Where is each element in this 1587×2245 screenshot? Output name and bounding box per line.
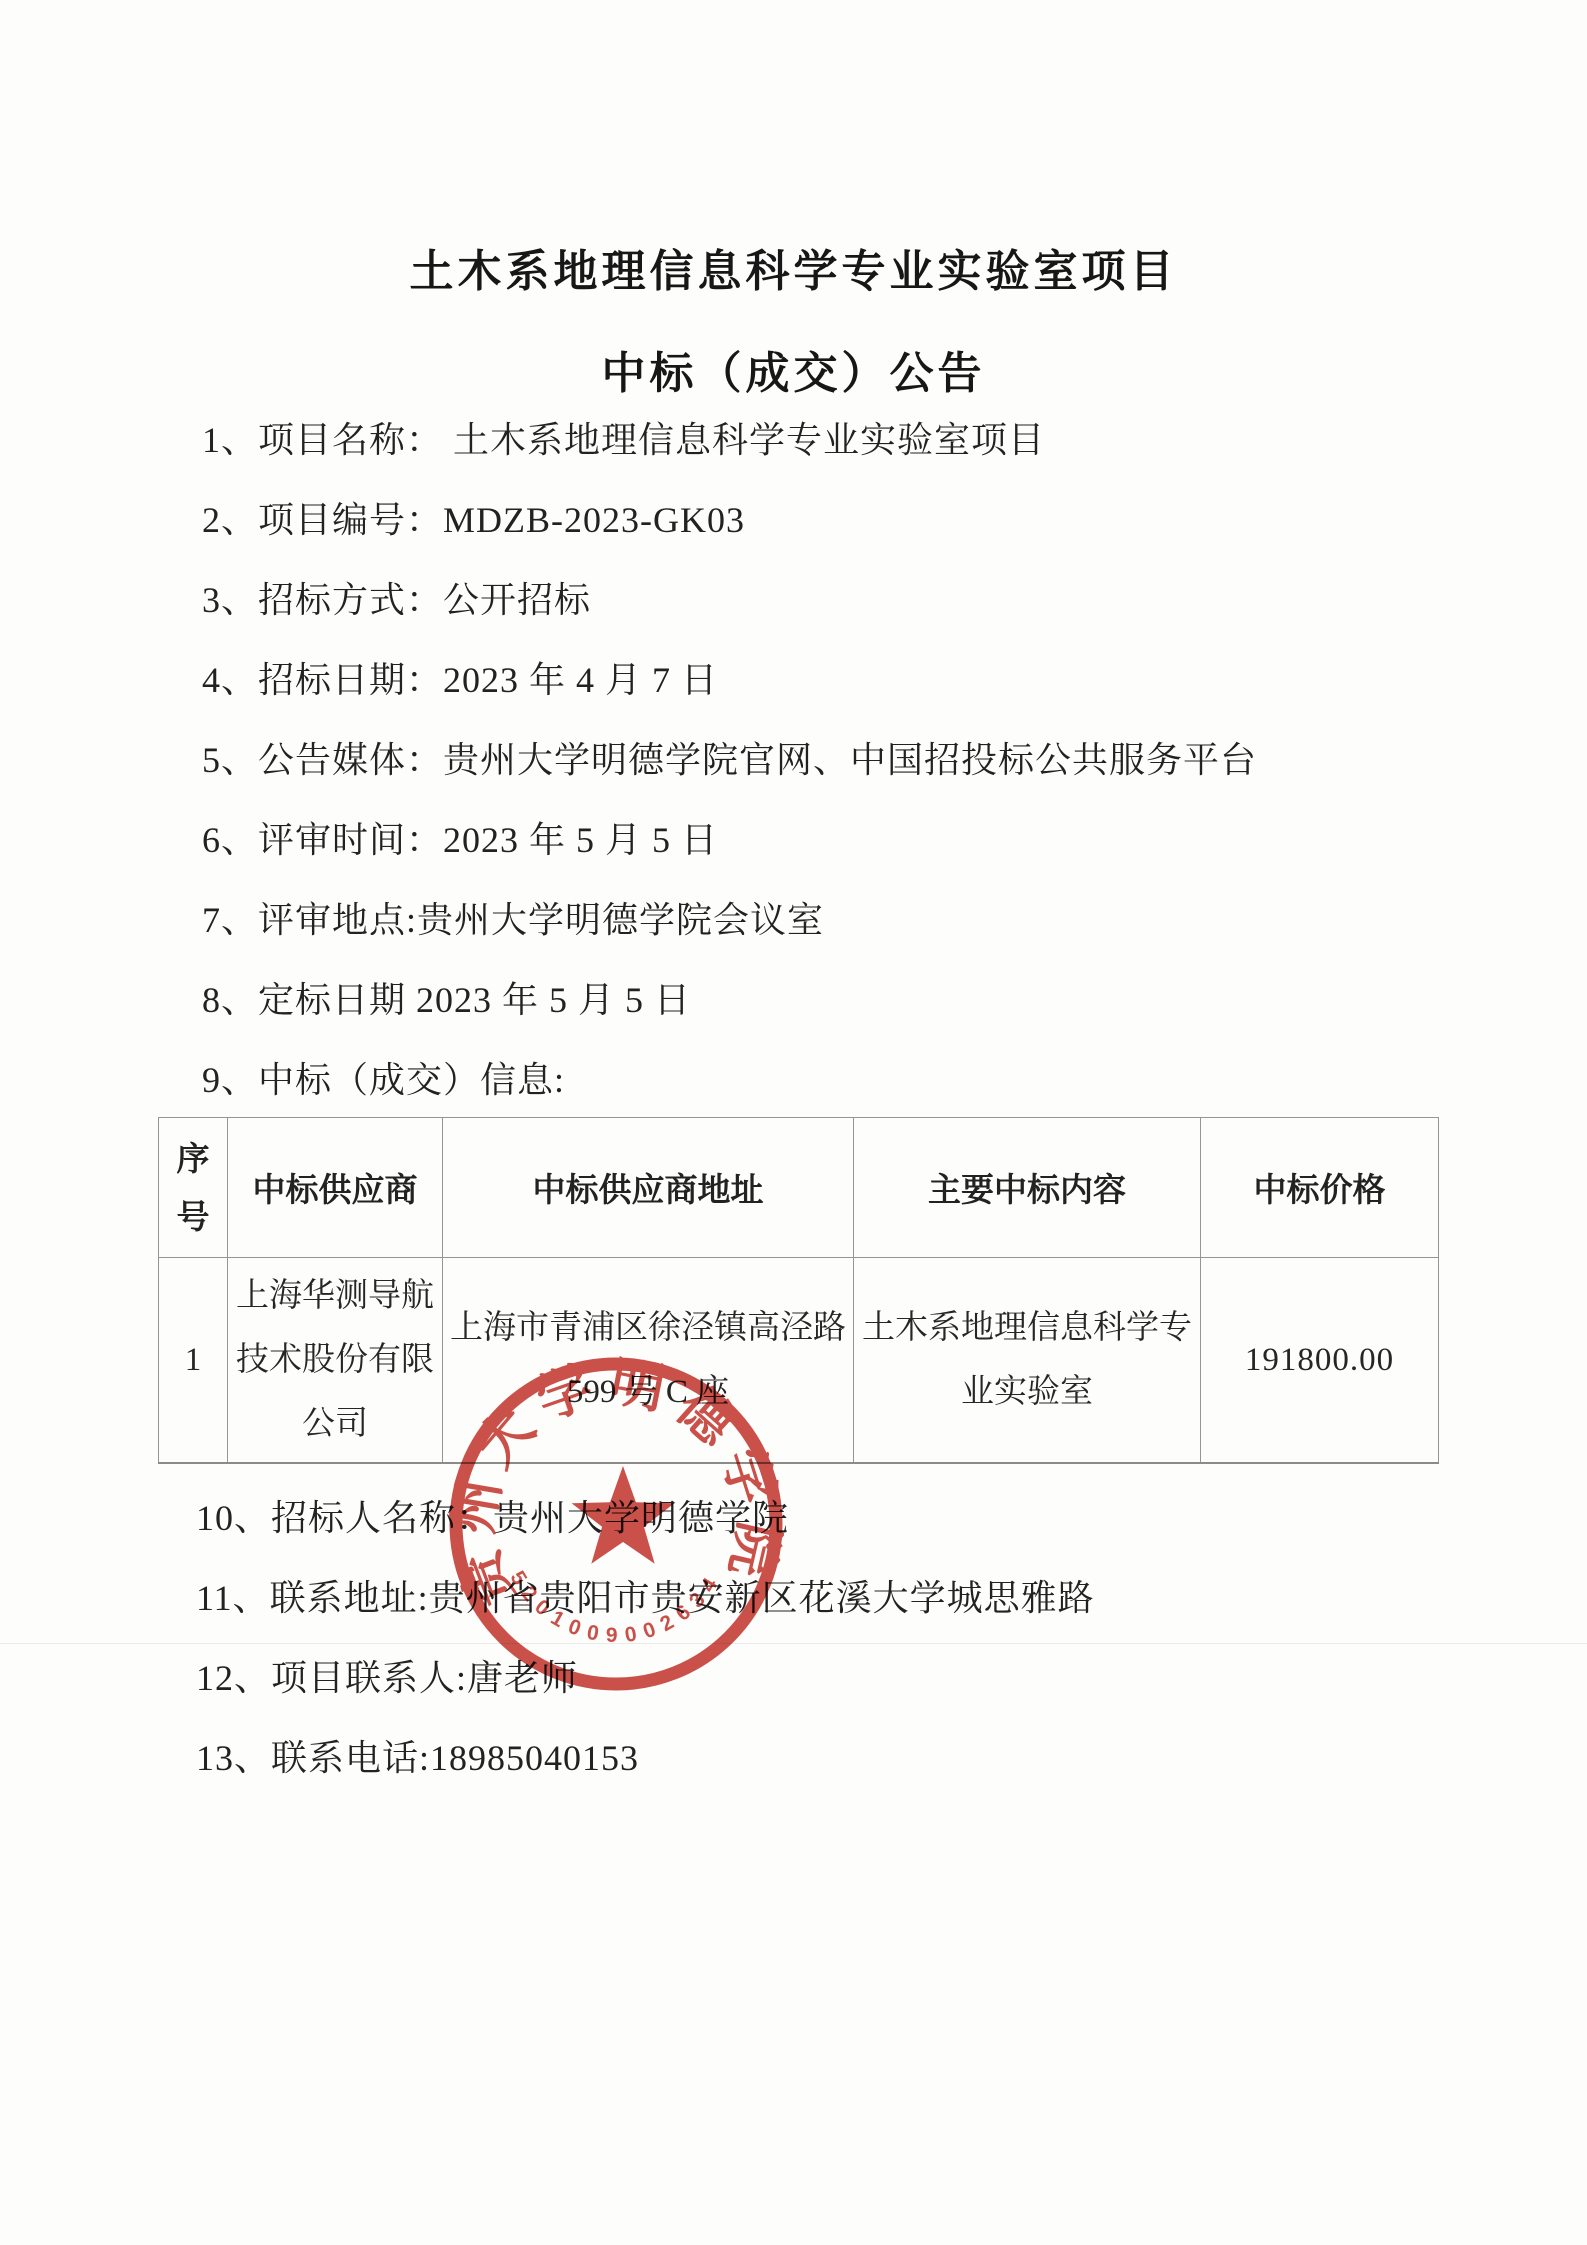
document-page: 土木系地理信息科学专业实验室项目 中标（成交）公告 1、项目名称： 土木系地理信… bbox=[0, 0, 1587, 2245]
cell-price: 191800.00 bbox=[1201, 1258, 1439, 1463]
official-seal: 贵州大学明德学院 5201009002634 bbox=[448, 1356, 784, 1692]
doc-item-5: 5、公告媒体：贵州大学明德学院官网、中国招投标公共服务平台 bbox=[202, 732, 1257, 783]
doc-item-2: 2、项目编号：MDZB-2023-GK03 bbox=[202, 492, 745, 543]
cell-seq: 1 bbox=[159, 1258, 228, 1463]
cell-content: 土木系地理信息科学专业实验室 bbox=[854, 1258, 1201, 1463]
doc-item-6: 6、评审时间：2023 年 5 月 5 日 bbox=[202, 812, 718, 863]
doc-title-line1: 土木系地理信息科学专业实验室项目 bbox=[0, 235, 1587, 299]
seal-serial-number: 5201009002634 bbox=[505, 1567, 726, 1647]
doc-item-7: 7、评审地点:贵州大学明德学院会议室 bbox=[202, 892, 824, 943]
table-header-supplier: 中标供应商 bbox=[228, 1118, 443, 1258]
table-header-price: 中标价格 bbox=[1201, 1118, 1439, 1258]
table-row: 1 上海华测导航技术股份有限公司 上海市青浦区徐泾镇高泾路 599 号 C 座 … bbox=[159, 1258, 1439, 1463]
seal-star-icon bbox=[572, 1466, 675, 1564]
table-header-address: 中标供应商地址 bbox=[443, 1118, 854, 1258]
doc-item-8: 8、定标日期 2023 年 5 月 5 日 bbox=[202, 972, 691, 1023]
scan-artifact-line bbox=[0, 1643, 1587, 1644]
svg-text:5201009002634: 5201009002634 bbox=[505, 1567, 726, 1647]
table-header-seq-label: 序号 bbox=[175, 1130, 211, 1246]
table-header-seq: 序号 bbox=[159, 1118, 228, 1258]
doc-item-3: 3、招标方式：公开招标 bbox=[202, 572, 591, 623]
doc-title-line2: 中标（成交）公告 bbox=[0, 337, 1587, 401]
table-header-content: 主要中标内容 bbox=[854, 1118, 1201, 1258]
doc-item-13: 13、联系电话:18985040153 bbox=[196, 1730, 639, 1781]
doc-item-9: 9、中标（成交）信息: bbox=[202, 1052, 565, 1103]
cell-supplier: 上海华测导航技术股份有限公司 bbox=[228, 1258, 443, 1463]
award-table: 序号 中标供应商 中标供应商地址 主要中标内容 中标价格 1 上海华测导航技术股… bbox=[158, 1117, 1439, 1464]
doc-item-1: 1、项目名称： 土木系地理信息科学专业实验室项目 bbox=[202, 412, 1045, 463]
table-header-row: 序号 中标供应商 中标供应商地址 主要中标内容 中标价格 bbox=[159, 1118, 1439, 1258]
doc-item-4: 4、招标日期：2023 年 4 月 7 日 bbox=[202, 652, 718, 703]
